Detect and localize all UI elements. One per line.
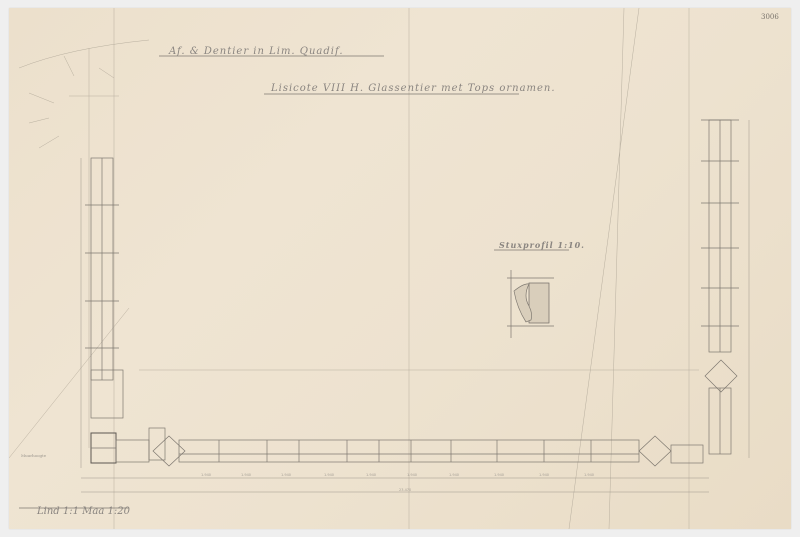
- dimension-label: 1.940: [324, 473, 334, 477]
- dimension-label: 1.940: [584, 473, 594, 477]
- dimension-label: 1.940: [366, 473, 376, 477]
- left-margin-note: Muurhoogte: [21, 453, 46, 458]
- dimension-label: 1.940: [281, 473, 291, 477]
- scale-note: Lind 1:1 Maa 1:20: [37, 506, 130, 517]
- dimension-label: 1.940: [201, 473, 211, 477]
- total-dimension: 23.470: [399, 488, 411, 492]
- header-line-1: Af. & Dentier in Lim. Quadif.: [169, 46, 344, 57]
- dimension-label: 1.940: [449, 473, 459, 477]
- sheet-number: 3006: [761, 13, 779, 21]
- drawing-sheet: 3006 Af. & Dentier in Lim. Quadif. Lisic…: [9, 8, 791, 529]
- dimension-label: 1.940: [539, 473, 549, 477]
- dimension-label: 1.940: [494, 473, 504, 477]
- dimension-label: 1.940: [241, 473, 251, 477]
- dimension-label: 1.940: [407, 473, 417, 477]
- detail-title: Stuxprofil 1:10.: [499, 240, 585, 250]
- header-line-2: Lisicote VIII H. Glassentier met Tops or…: [271, 83, 556, 94]
